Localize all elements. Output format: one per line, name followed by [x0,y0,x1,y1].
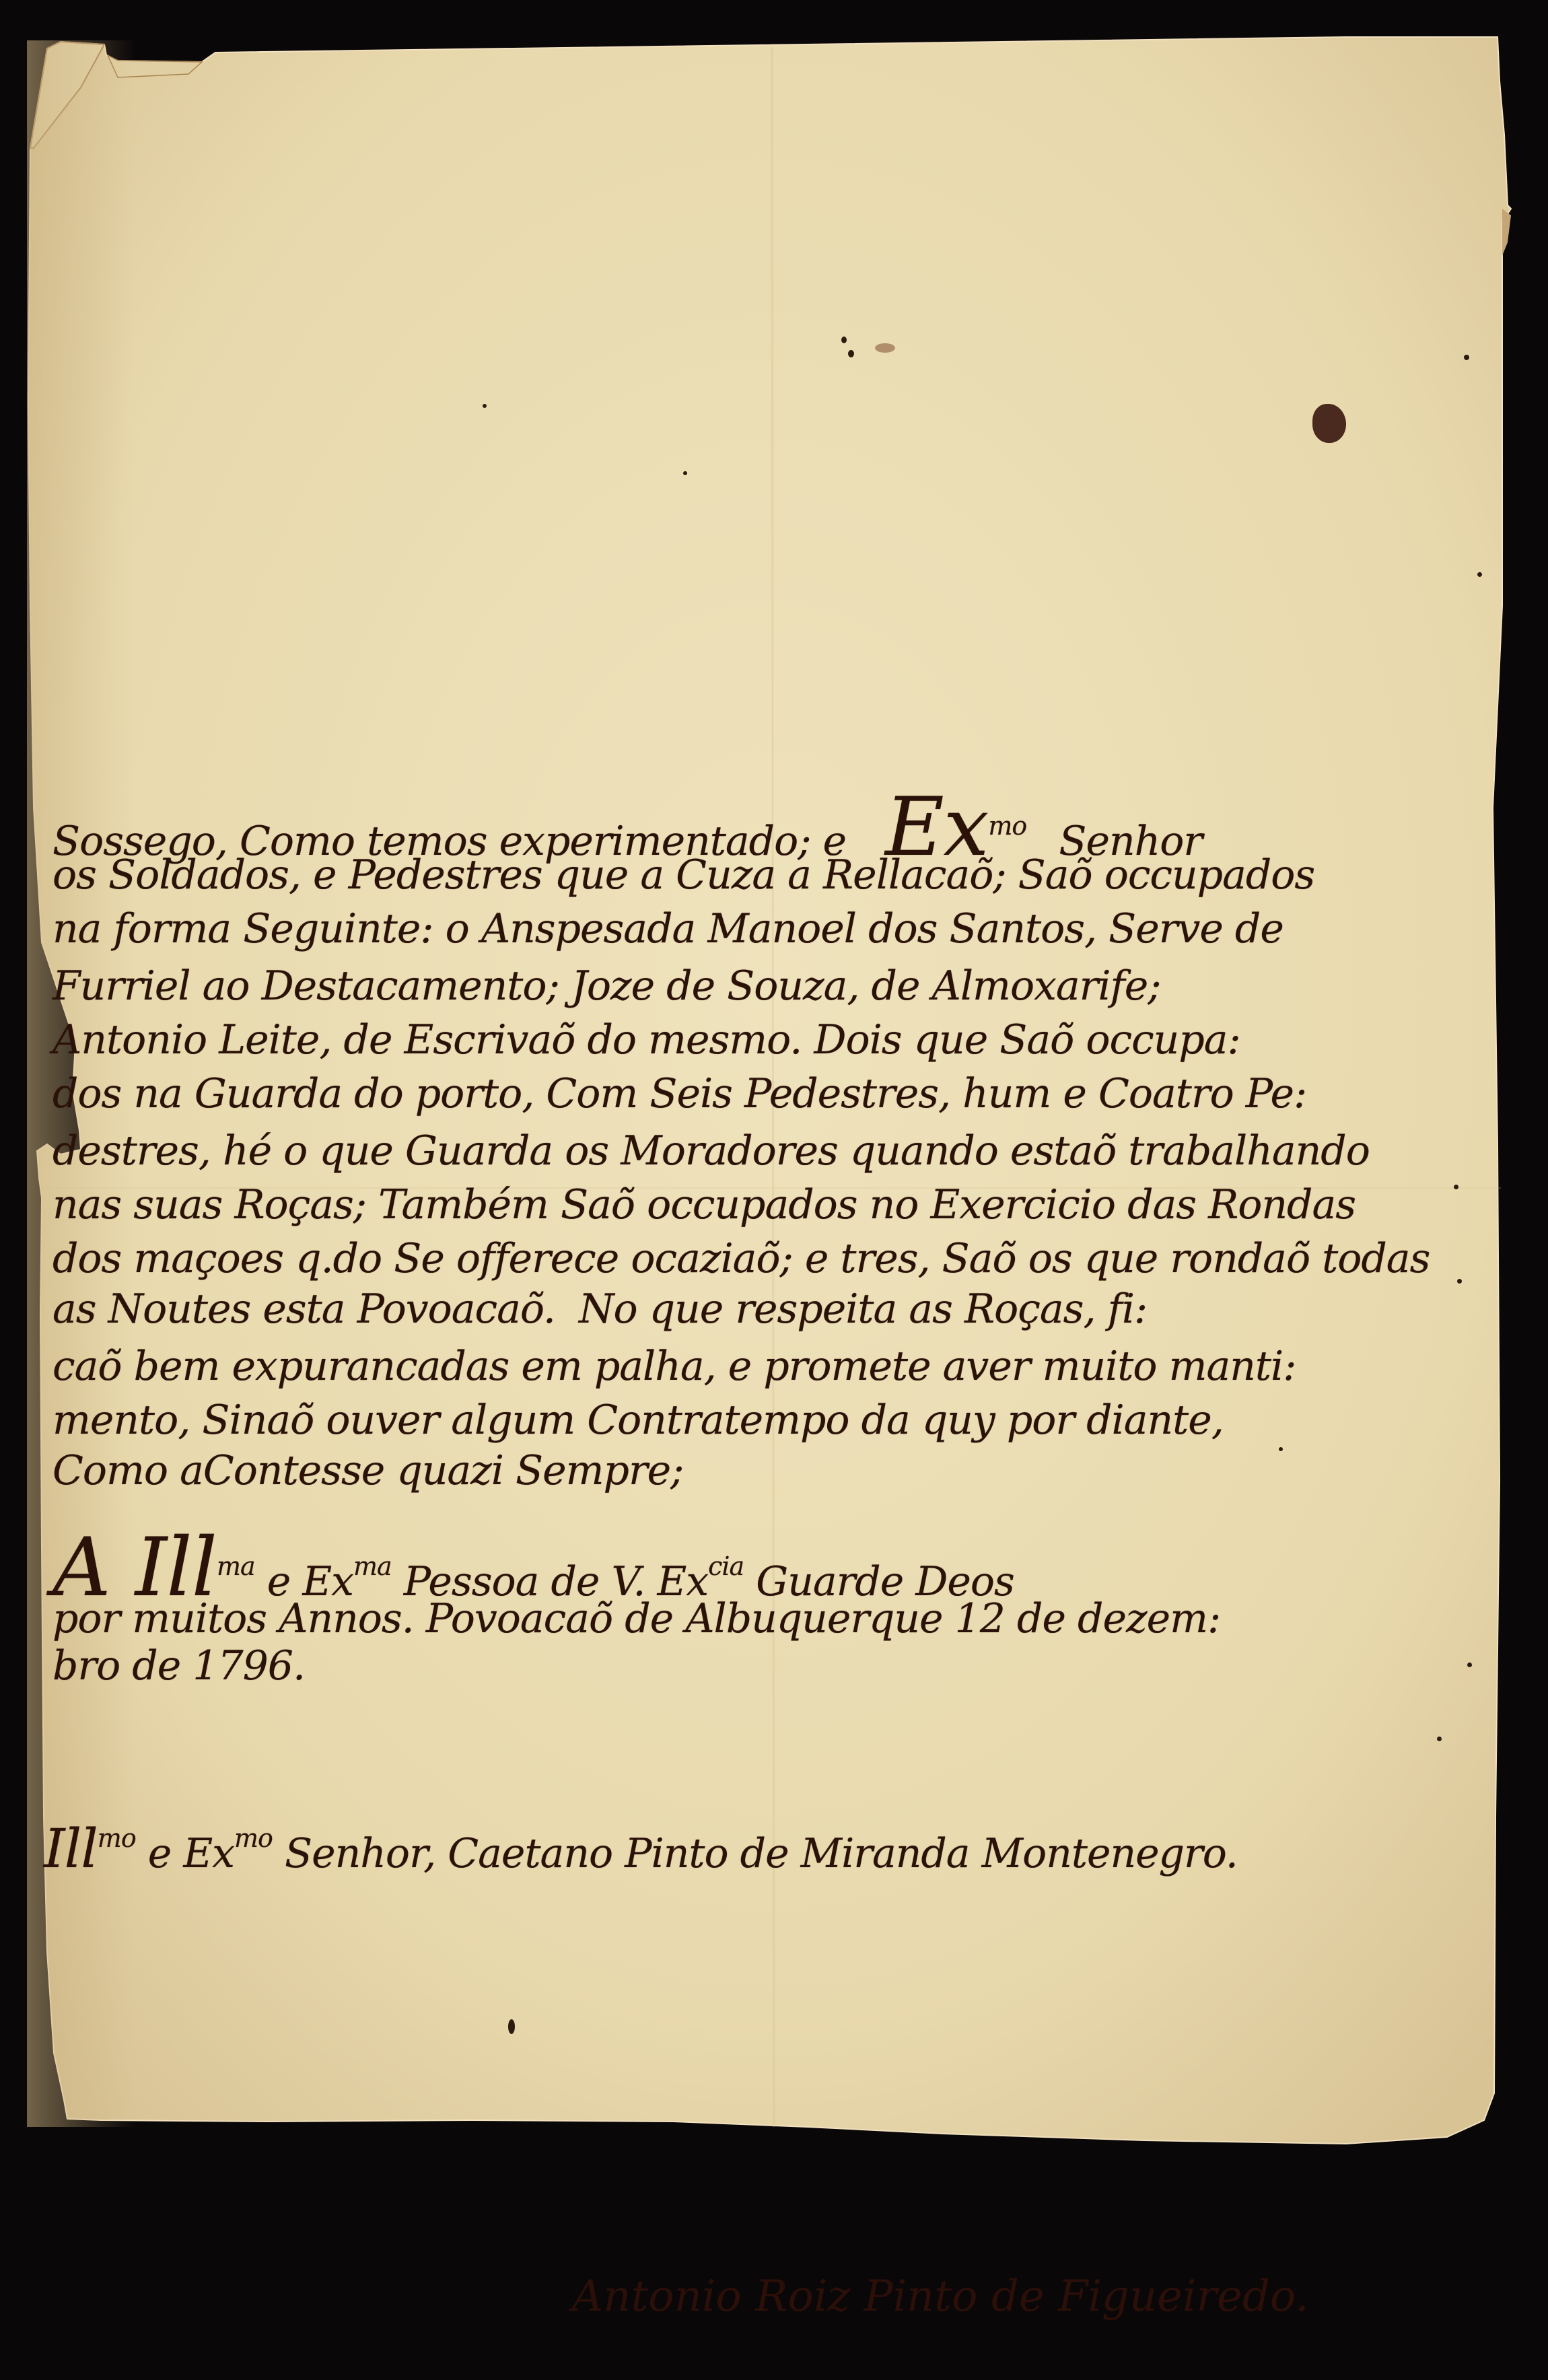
body-line: Antonio Leite, de Escrivaõ do mesmo. Doi… [52,1016,1240,1063]
manuscript-text: Sossego, Como temos experimentado; e Exm… [0,0,1548,2380]
closing-line-2: por muitos Annos. Povoacaõ de Albuquerqu… [52,1595,1220,1642]
closing-sup: ma [353,1551,392,1581]
addressee-name: Senhor, Caetano Pinto de Miranda Montene… [285,1830,1238,1877]
addressee-sup: mo [98,1823,136,1853]
addressee-line: Illmo e Exmo Senhor, Caetano Pinto de Mi… [44,1817,1238,1880]
body-line: Como aContesse quazi Sempre; [52,1447,683,1494]
closing-sup: cia [708,1551,744,1581]
addressee-flourish: Ill [44,1817,98,1880]
date-line: bro de 1796. [52,1642,305,1689]
addressee-sup: mo [234,1823,273,1853]
body-line: destres, hé o que Guarda os Moradores qu… [52,1127,1370,1175]
body-line: as Noutes esta Povoacaõ. [52,1286,555,1333]
honorific-sup: mo [988,811,1026,841]
paragraph-two-indent: No que respeita as Roças, fi: [579,1286,1147,1333]
signature: Antonio Roiz Pinto de Figueiredo. [572,2272,1309,2321]
body-line: caõ bem expurancadas em palha, e promete… [52,1343,1296,1390]
body-line: mento, Sinaõ ouver algum Contratempo da … [52,1397,1224,1444]
body-line: os Soldados, e Pedestres que a Cuza a Re… [52,851,1314,899]
body-line: nas suas Roças; Também Saõ occupados no … [52,1181,1356,1228]
body-line: na forma Seguinte: o Anspesada Manoel do… [52,905,1283,952]
body-line: dos na Guarda do porto, Com Seis Pedestr… [52,1070,1306,1117]
closing-sup: ma [217,1551,255,1581]
addressee-text: e Ex [148,1830,234,1877]
body-line: Furriel ao Destacamento; Joze de Souza, … [52,963,1160,1010]
body-line: dos maçoes q.do Se offerece ocaziaõ; e t… [52,1235,1430,1282]
